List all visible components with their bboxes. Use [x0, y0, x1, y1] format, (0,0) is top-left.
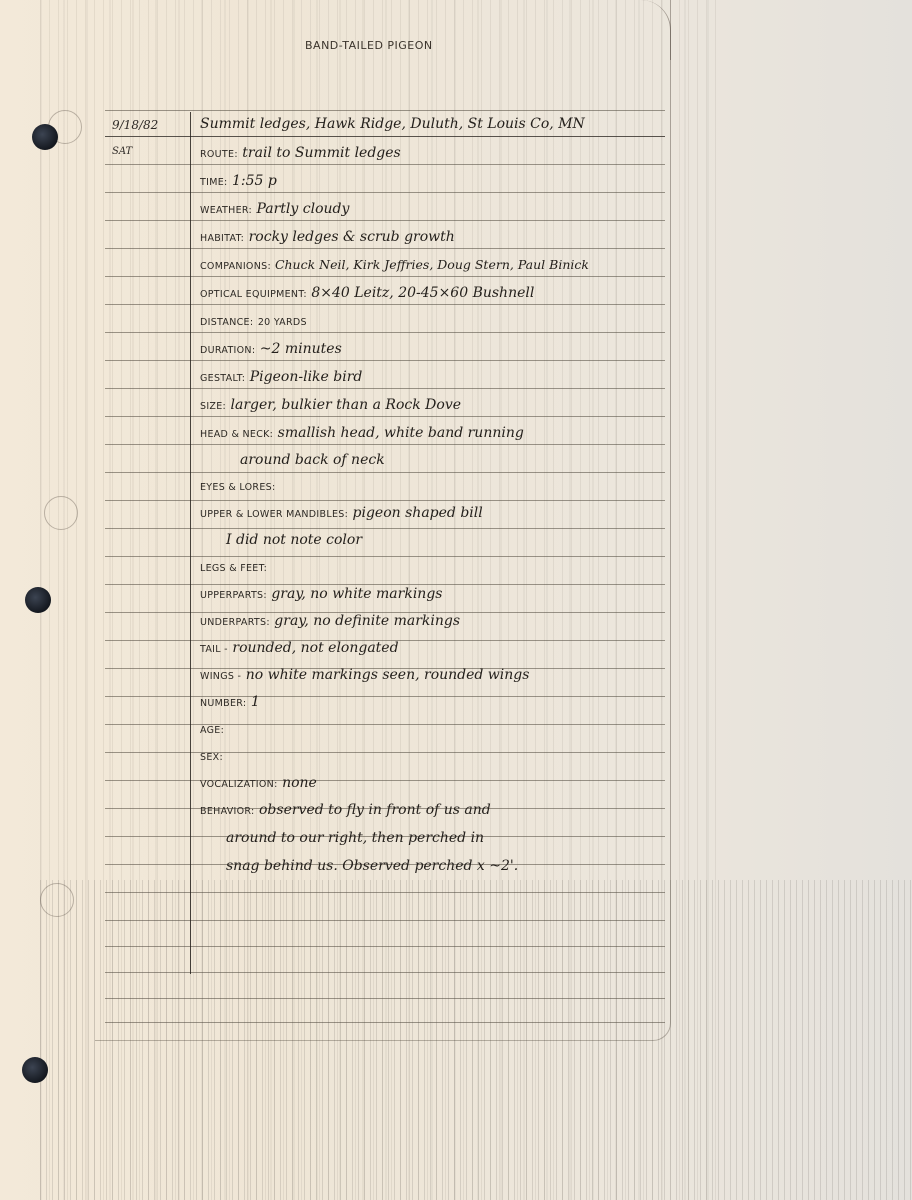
field-label: VOCALIZATION:: [200, 779, 278, 790]
field-label: DURATION:: [200, 345, 255, 356]
field-value: larger, bulkier than a Rock Dove: [231, 397, 462, 413]
ruled-line: [105, 1022, 665, 1023]
ruled-line: [105, 972, 665, 973]
field-duration: DURATION: ~2 minutes: [200, 341, 670, 367]
field-wings: WINGS - no white markings seen, rounded …: [200, 667, 670, 693]
hole-reinforcement-ring: [44, 496, 78, 530]
field-value: Pigeon-like bird: [250, 369, 363, 385]
field-label: DISTANCE:: [200, 317, 253, 328]
field-value: 20 YARDS: [258, 317, 307, 328]
binder-hole: [25, 587, 51, 613]
field-value: gray, no definite markings: [274, 613, 460, 629]
field-label: WINGS -: [200, 671, 241, 682]
field-habitat: HABITAT: rocky ledges & scrub growth: [200, 229, 670, 255]
ruled-line: [105, 946, 665, 947]
field-tail: TAIL - rounded, not elongated: [200, 640, 670, 666]
field-value: Chuck Neil, Kirk Jeffries, Doug Stern, P…: [275, 257, 589, 272]
field-companions: COMPANIONS: Chuck Neil, Kirk Jeffries, D…: [200, 257, 670, 283]
field-value: smallish head, white band running: [278, 425, 524, 441]
field-label: BEHAVIOR:: [200, 806, 255, 817]
hole-reinforcement-ring: [40, 883, 74, 917]
field-label: TIME:: [200, 177, 228, 188]
field-label: UPPER & LOWER MANDIBLES:: [200, 509, 348, 520]
field-vocalization: VOCALIZATION: none: [200, 775, 670, 801]
binder-hole: [22, 1057, 48, 1083]
field-value: gray, no white markings: [271, 586, 442, 602]
field-gestalt: GESTALT: Pigeon-like bird: [200, 369, 670, 395]
field-value-continued: I did not note color: [226, 532, 362, 548]
field-mandibles-continued: I did not note color: [200, 532, 696, 558]
field-value: ~2 minutes: [260, 341, 342, 357]
field-value: rocky ledges & scrub growth: [249, 229, 455, 245]
field-label: SEX:: [200, 752, 223, 763]
ruled-line: [105, 998, 665, 999]
field-value: no white markings seen, rounded wings: [246, 667, 530, 683]
field-time: TIME: 1:55 p: [200, 173, 670, 199]
field-mandibles: UPPER & LOWER MANDIBLES: pigeon shaped b…: [200, 505, 670, 531]
field-value-continued: snag behind us. Observed perched x ~2'.: [226, 858, 518, 874]
field-label: UNDERPARTS:: [200, 617, 270, 628]
field-value: Partly cloudy: [256, 201, 349, 217]
field-underparts: UNDERPARTS: gray, no definite markings: [200, 613, 670, 639]
field-behavior: BEHAVIOR: observed to fly in front of us…: [200, 802, 670, 828]
field-label: COMPANIONS:: [200, 261, 271, 272]
ruled-line: [105, 110, 665, 111]
field-label: TAIL -: [200, 644, 228, 655]
field-label: WEATHER:: [200, 205, 252, 216]
field-behavior-continued-2: snag behind us. Observed perched x ~2'.: [200, 858, 696, 884]
field-behavior-continued: around to our right, then perched in: [200, 830, 696, 856]
field-number: NUMBER: 1: [200, 694, 670, 720]
field-value: 8×40 Leitz, 20-45×60 Bushnell: [311, 285, 534, 301]
field-label: SIZE:: [200, 401, 226, 412]
field-size: SIZE: larger, bulkier than a Rock Dove: [200, 397, 670, 423]
field-value: none: [282, 775, 317, 791]
field-label: OPTICAL EQUIPMENT:: [200, 289, 307, 300]
field-label: EYES & LORES:: [200, 482, 275, 493]
field-eyes-lores: EYES & LORES:: [200, 478, 670, 504]
field-label: GESTALT:: [200, 373, 245, 384]
field-optical-equipment: OPTICAL EQUIPMENT: 8×40 Leitz, 20-45×60 …: [200, 285, 670, 311]
field-age: AGE:: [200, 721, 670, 747]
field-sex: SEX:: [200, 748, 670, 774]
ruled-line: [105, 892, 665, 893]
field-value: 1: [251, 694, 260, 710]
field-value: pigeon shaped bill: [353, 505, 483, 521]
field-label: UPPERPARTS:: [200, 590, 267, 601]
field-distance: DISTANCE: 20 YARDS: [200, 313, 670, 339]
ruled-line: [105, 920, 665, 921]
observation-date: 9/18/82: [112, 118, 158, 132]
location-line: Summit ledges, Hawk Ridge, Duluth, St Lo…: [200, 116, 670, 142]
field-value: rounded, not elongated: [232, 640, 398, 656]
field-label: AGE:: [200, 725, 224, 736]
species-title: BAND-TAILED PIGEON: [305, 39, 433, 52]
field-upperparts: UPPERPARTS: gray, no white markings: [200, 586, 670, 612]
field-route: ROUTE: trail to Summit ledges: [200, 145, 670, 171]
field-label: HABITAT:: [200, 233, 244, 244]
observation-day: SAT: [112, 146, 132, 157]
field-label: NUMBER:: [200, 698, 246, 709]
field-label: HEAD & NECK:: [200, 429, 273, 440]
field-head-neck-continued: around back of neck: [200, 452, 710, 478]
field-value: trail to Summit ledges: [242, 145, 400, 161]
binder-hole: [32, 124, 58, 150]
field-value-continued: around to our right, then perched in: [226, 830, 484, 846]
field-weather: WEATHER: Partly cloudy: [200, 201, 670, 227]
field-label: ROUTE:: [200, 149, 238, 160]
field-value: observed to fly in front of us and: [259, 802, 491, 818]
field-legs-feet: LEGS & FEET:: [200, 559, 670, 585]
field-value: 1:55 p: [232, 173, 277, 189]
margin-divider: [190, 112, 191, 974]
field-head-neck: HEAD & NECK: smallish head, white band r…: [200, 425, 670, 451]
scanned-field-note-page: BAND-TAILED PIGEON 9/18/82 SAT Summit le…: [0, 0, 912, 1200]
card-corner: [600, 0, 671, 60]
field-label: LEGS & FEET:: [200, 563, 267, 574]
field-value-continued: around back of neck: [240, 452, 385, 468]
